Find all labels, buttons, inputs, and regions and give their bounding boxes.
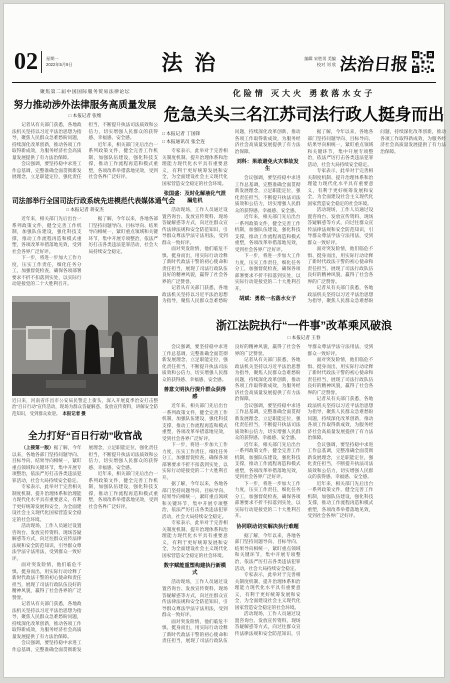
body-paragraph: 面对突发险情，他们临危不惧、挺身而出，用实际行动诠释了新时代政法干警的初心使命和… bbox=[308, 357, 374, 396]
proofreader-line: 校对 刘 欣 bbox=[304, 62, 336, 68]
page-number: 02 bbox=[14, 50, 38, 74]
photo-credit: 本报记者 摄 bbox=[63, 411, 86, 416]
header-rule bbox=[12, 82, 436, 83]
body-paragraph: 会议强调，要坚持稳中求进工作总基调，完整准确全面贯彻新发展理念，立足职能定位，强… bbox=[162, 344, 228, 383]
body-paragraph: 面对突发险情，他们临危不惧、挺身而出，用实际行动诠释了新时代政法干警的初心使命和… bbox=[162, 246, 228, 285]
article-jiangsu-heroes: 化险情 灭大火 勇救落水女子 危急关头三名江苏司法行政人挺身而出 □ 本报记者 … bbox=[162, 88, 446, 311]
article-headline: 司法部举行全国司法行政系统先进模范代表媒体通气会 bbox=[12, 195, 158, 205]
masthead-logo: 法治日报 bbox=[339, 50, 410, 75]
body-paragraph: 活动现场，工作人员通过设置咨询台、发放宣传资料、现场答疑解惑等方式，向过往群众宣… bbox=[162, 579, 228, 618]
body-paragraph: 近年来，相关部门先后出台一系列政策文件，健全完善工作机制，加强队伍建设，强化科技… bbox=[308, 481, 374, 520]
article-body: 记者从有关部门获悉，各地政法机关坚持以习近平法治思想为指导，聚焦人民群众急难愁盼… bbox=[12, 122, 158, 186]
body-paragraph: 专家表示，此举对于完善相关制度机制、提升治理体系和治理能力现代化水平具有重要意义… bbox=[12, 484, 82, 523]
article-headline: 全力打好“百日行动”收官战 bbox=[12, 428, 158, 442]
body-paragraph: 活动现场，工作人员通过设置咨询台、发放宣传资料、现场答疑解惑等方式，向过往群众宣… bbox=[308, 207, 374, 246]
article-body: 近年来，相关部门先后出台一系列政策文件，健全完善工作机制，加强队伍建设，强化科技… bbox=[12, 216, 158, 288]
news-photo bbox=[12, 296, 158, 396]
news-photo-block: 近日来，河南省许昌市公安局民警走上街头，深入开展夏季治安打击整治“百日行动”宣传… bbox=[12, 296, 158, 422]
column-subhead: 协同联动切实解决执行难题 bbox=[235, 523, 301, 530]
qr-code-icon bbox=[412, 51, 434, 73]
column-subhead: 张国盛：及时化解液化气泄漏危机 bbox=[162, 190, 228, 204]
article-moj-briefing: 司法部举行全国司法行政系统先进模范代表媒体通气会 □ 本报记者 蒋安杰 近年来，… bbox=[12, 194, 158, 288]
body-paragraph: 据了解，今年以来，各地各部门坚持问题导向、目标导向、结果导向相统一，紧盯重点领域… bbox=[308, 129, 374, 168]
body-paragraph: 面对突发险情，他们临危不惧、挺身而出，用实际行动诠释了新时代政法干警的初心使命和… bbox=[308, 246, 374, 285]
body-paragraph: 据了解，今年以来，各地各部门坚持问题导向、目标导向、结果导向相统一，紧盯重点领域… bbox=[235, 533, 301, 572]
article-body: 会议强调，要坚持稳中求进工作总基调，完整准确全面贯彻新发展理念，立足职能定位，强… bbox=[162, 344, 446, 650]
column-subhead: 胡斌：勇救一名落水女子 bbox=[235, 295, 301, 302]
article-kicker: 化险情 灭大火 勇救落水女子 bbox=[162, 88, 446, 99]
body-paragraph: 专家表示，此举对于完善相关制度机制、提升治理体系和治理能力现代化水平具有重要意义… bbox=[162, 148, 228, 187]
body-paragraph: 会议强调，要坚持稳中求进工作总基调，完整准确全面贯彻新发展理念，立足职能定位，强… bbox=[235, 403, 301, 442]
body-paragraph: 记者从有关部门获悉，各地政法机关坚持以习近平法治思想为指导，聚焦人民群众急难愁盼… bbox=[12, 601, 82, 640]
newspaper-page: 02 星期一 2022年5月9日 法治 编辑 宋胜男 美编 校对 刘 欣 法治日… bbox=[3, 3, 445, 678]
section-title: 法治 bbox=[73, 47, 305, 77]
article-body: （上接第一版）据了解，今年以来，各地各部门坚持问题导向、目标导向、结果导向相统一… bbox=[12, 445, 158, 657]
body-paragraph: 活动现场，工作人员通过设置咨询台、发放宣传资料、现场答疑解惑等方式，向过往群众宣… bbox=[162, 207, 228, 246]
article-byline: □ 本报记者 王春 bbox=[162, 335, 446, 341]
body-paragraph: 下一步，将进一步加大工作力度，压实工作责任，细化任务分工，加强督促检查，确保各项… bbox=[12, 255, 82, 288]
article-byline: □ 本报记者 张维 bbox=[12, 113, 158, 119]
body-paragraph: 下一步，将进一步加大工作力度，压实工作责任，细化任务分工，加强督促检查，确保各项… bbox=[235, 481, 301, 520]
article-byline: □ 本报记者 丁国锋□ 本报通讯员 张全连 bbox=[162, 130, 228, 145]
column-subhead: 善意文明执行提升群众获得感 bbox=[162, 386, 228, 400]
photo-caption: 近日来，河南省许昌市公安局民警走上街头，深入开展夏季治安打击整治“百日行动”宣传… bbox=[12, 398, 158, 417]
body-paragraph: 会议强调，要坚持稳中求进工作总基调，完整准确全面贯彻新发展理念，立足职能定位，强… bbox=[308, 442, 374, 481]
staff-block: 编辑 宋胜男 美编 校对 刘 欣 bbox=[304, 56, 336, 69]
column-subhead: 刘科：果敢避免火灾事故发生 bbox=[235, 158, 301, 172]
article-byline: □ 本报记者 蒋安杰 bbox=[12, 207, 158, 213]
body-paragraph: 下一步，将进一步加大工作力度，压实工作责任，细化任务分工，加强督促检查，确保各项… bbox=[162, 442, 228, 481]
body-paragraph: 下一步，将进一步加大工作力度，压实工作责任，细化任务分工，加强督促检查，确保各项… bbox=[235, 253, 301, 292]
article-headline: 浙江法院执行“一件事”改革乘风破浪 bbox=[162, 317, 446, 333]
body-paragraph: 近年来，相关部门先后出台一系列政策文件，健全完善工作机制，加强队伍建设，强化科技… bbox=[235, 214, 301, 253]
column-subhead: 数字赋能重塑构建执行新模式 bbox=[162, 562, 228, 576]
page-header: 02 星期一 2022年5月9日 法治 编辑 宋胜男 美编 校对 刘 欣 法治日… bbox=[14, 44, 434, 80]
date-block: 星期一 2022年5月9日 bbox=[46, 56, 73, 69]
body-paragraph: 会议强调，要坚持稳中求进工作总基调，完整准确全面贯彻新发展理念，立足职能定位，强… bbox=[235, 175, 301, 214]
body-paragraph: 活动现场，工作人员通过设置咨询台、发放宣传资料、现场答疑解惑等方式，向过往群众宣… bbox=[12, 523, 82, 562]
body-paragraph: 近年来，相关部门先后出台一系列政策文件，健全完善工作机制，加强队伍建设，强化科技… bbox=[89, 142, 159, 181]
body-paragraph: 面对突发险情，他们临危不惧、挺身而出，用实际行动诠释了新时代政法干警的初心使命和… bbox=[12, 562, 82, 601]
body-paragraph: 据了解，今年以来，各地各部门坚持问题导向、目标导向、结果导向相统一，紧盯重点领域… bbox=[89, 216, 159, 255]
date: 2022年5月9日 bbox=[46, 62, 73, 68]
body-paragraph: 近年来，相关部门先后出台一系列政策文件，健全完善工作机制，加强队伍建设，强化科技… bbox=[12, 216, 82, 255]
article-zhejiang-courts: 浙江法院执行“一件事”改革乘风破浪 □ 本报记者 王春 会议强调，要坚持稳中求进… bbox=[162, 316, 446, 650]
body-paragraph: 记者从有关部门获悉，各地政法机关坚持以习近平法治思想为指导，聚焦人民群众急难愁盼… bbox=[12, 122, 82, 161]
body-paragraph: 记者从有关部门获悉，各地政法机关坚持以习近平法治思想为指导，聚焦人民群众急难愁盼… bbox=[308, 396, 374, 442]
article-body: □ 本报记者 丁国锋□ 本报通讯员 张全连专家表示，此举对于完善相关制度机制、提… bbox=[162, 129, 446, 311]
article-kicker: 聚焦第二届中国国际服务贸易法律论坛 bbox=[12, 88, 158, 95]
body-paragraph: （上接第一版）据了解，今年以来，各地各部门坚持问题导向、目标导向、结果导向相统一… bbox=[12, 445, 82, 484]
body-paragraph: 近年来，相关部门先后出台一系列政策文件，健全完善工作机制，加强队伍建设，强化科技… bbox=[89, 471, 159, 510]
article-service-trade-forum: 聚焦第二届中国国际服务贸易法律论坛 努力推动涉外法律服务高质量发展 □ 本报记者… bbox=[12, 88, 158, 186]
article-hundred-day-action: 全力打好“百日行动”收官战 （上接第一版）据了解，今年以来，各地各部门坚持问题导… bbox=[12, 428, 158, 657]
body-paragraph: 专家表示，此举对于完善相关制度机制、提升治理体系和治理能力现代化水平具有重要意义… bbox=[162, 520, 228, 559]
body-paragraph: 近年来，相关部门先后出台一系列政策文件，健全完善工作机制，加强队伍建设，强化科技… bbox=[162, 403, 228, 442]
body-paragraph: 专家表示，此举对于完善相关制度机制、提升治理体系和治理能力现代化水平具有重要意义… bbox=[235, 572, 301, 611]
body-paragraph: 记者从有关部门获悉，各地政法机关坚持以习近平法治思想为指导，聚焦人民群众急难愁盼… bbox=[235, 357, 301, 403]
body-paragraph: 据了解，今年以来，各地各部门坚持问题导向、目标导向、结果导向相统一，紧盯重点领域… bbox=[162, 481, 228, 520]
body-paragraph: 近年来，相关部门先后出台一系列政策文件，健全完善工作机制，加强队伍建设，强化科技… bbox=[235, 442, 301, 481]
article-headline: 危急关头三名江苏司法行政人挺身而出 bbox=[162, 101, 446, 125]
body-paragraph: 专家表示，此举对于完善相关制度机制、提升治理体系和治理能力现代化水平具有重要意义… bbox=[308, 168, 374, 207]
header-divider bbox=[41, 51, 42, 73]
article-headline: 努力推动涉外法律服务高质量发展 bbox=[12, 97, 158, 111]
